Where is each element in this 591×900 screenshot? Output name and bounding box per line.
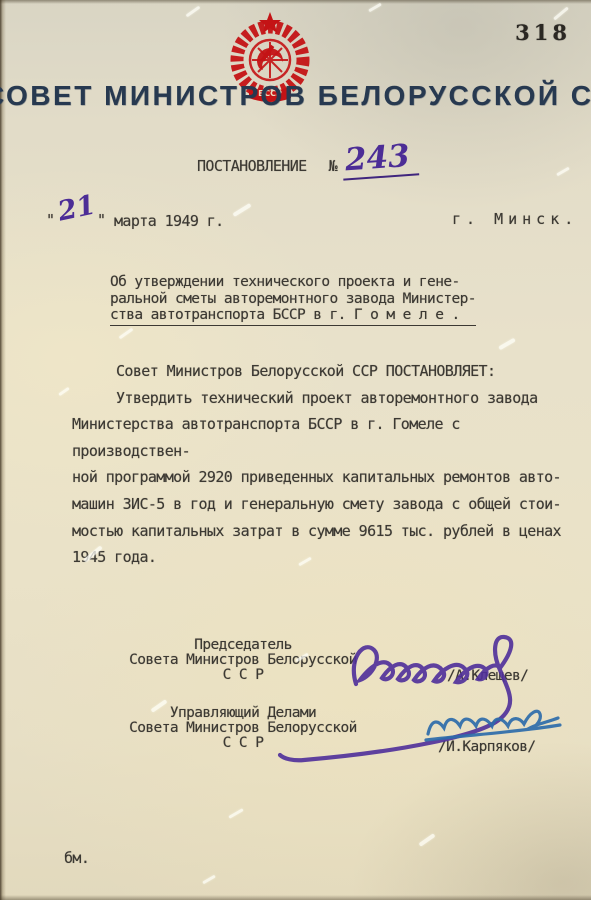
- scratch-artifact: [119, 328, 134, 340]
- subject-line-underlined: ства автотранспорта БССР в г. Г о м е л …: [110, 307, 476, 326]
- letterhead-title: СОВЕТ МИНИСТРОВ БЕЛОРУССКОЙ ССР: [0, 80, 591, 112]
- document-type-label: ПОСТАНОВЛЕНИЕ: [197, 157, 307, 175]
- scratch-artifact: [553, 7, 569, 21]
- scratch-artifact: [58, 387, 70, 396]
- scratch-artifact: [556, 167, 570, 177]
- subject-block: Об утверждении технического проекта и ге…: [110, 274, 490, 326]
- subject-line: Об утверждении технического проекта и ге…: [110, 274, 490, 291]
- scratch-artifact: [498, 338, 516, 350]
- scan-edge-bottom: [0, 895, 591, 900]
- scratch-artifact: [186, 6, 201, 18]
- handwritten-day: 21: [55, 189, 98, 227]
- scan-edge-left: [0, 0, 6, 900]
- decree-body: Совет Министров Белорусской ССР ПОСТАНОВ…: [72, 358, 584, 571]
- date-month-year: марта 1949 г.: [114, 212, 224, 230]
- scanned-decree-page: БССР 318 СОВЕТ МИНИСТРОВ БЕЛОРУССКОЙ ССР…: [0, 0, 591, 900]
- body-line: мостью капитальных затрат в сумме 9615 т…: [72, 518, 584, 545]
- typist-initials: бм.: [64, 849, 89, 867]
- body-line: 1945 года.: [72, 544, 584, 571]
- body-line: ной программой 2920 приведенных капиталь…: [72, 464, 584, 491]
- body-line: Утвердить технический проект авторемонтн…: [72, 385, 584, 412]
- city-label: г. Минск.: [452, 210, 578, 228]
- number-sign: №: [329, 157, 337, 175]
- scan-edge-top: [0, 0, 591, 4]
- administrator-ink-signature: [418, 702, 570, 752]
- document-type-line: ПОСТАНОВЛЕНИЕ№: [197, 157, 337, 175]
- page-number-stamp: 318: [515, 20, 571, 45]
- scratch-artifact: [418, 833, 435, 847]
- scratch-artifact: [368, 3, 382, 13]
- subject-line: ральной сметы авторемонтного завода Мини…: [110, 291, 490, 308]
- body-line: Министерства автотранспорта БССР в г. Го…: [72, 411, 584, 464]
- scratch-artifact: [228, 808, 243, 819]
- scratch-artifact: [202, 875, 216, 885]
- body-line: Совет Министров Белорусской ССР ПОСТАНОВ…: [72, 358, 584, 385]
- handwritten-decree-number: 243: [341, 137, 419, 180]
- scratch-artifact: [232, 203, 251, 217]
- body-line: машин ЗИС-5 в год и генеральную смету за…: [72, 491, 584, 518]
- date-open-quote: ": [46, 211, 54, 229]
- date-close-quote: ": [97, 211, 105, 229]
